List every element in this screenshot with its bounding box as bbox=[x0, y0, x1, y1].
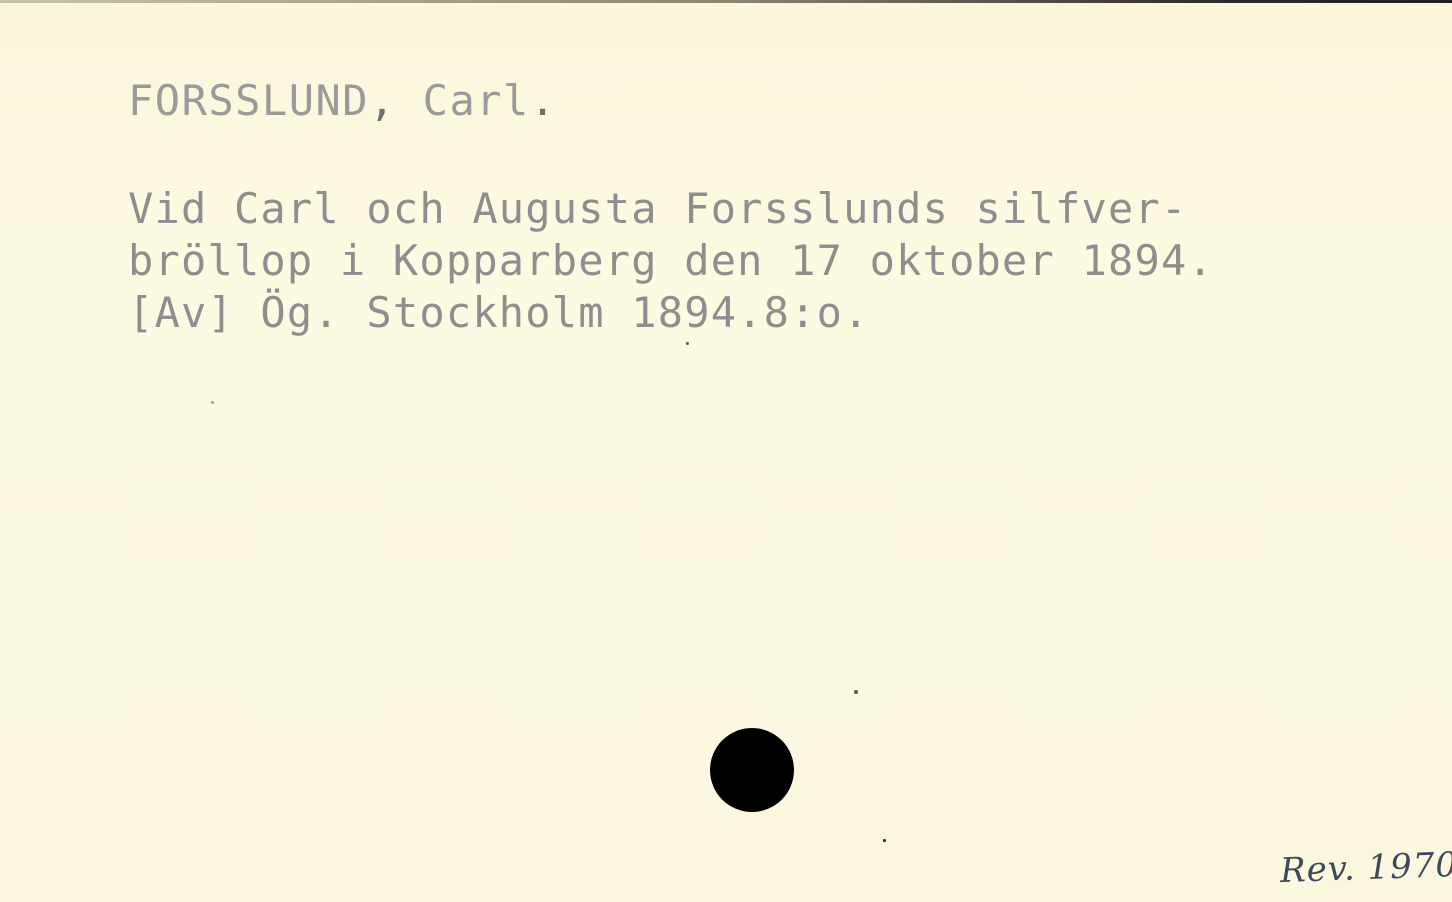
ink-speck bbox=[854, 690, 858, 694]
catalog-card: FORSSLUND, Carl. Vid Carl och Augusta Fo… bbox=[0, 0, 1452, 902]
description-line-3: [Av] Ög. Stockholm 1894.8:o. bbox=[128, 292, 870, 334]
description-line-2: bröllop i Kopparberg den 17 oktober 1894… bbox=[128, 240, 1214, 282]
card-top-edge bbox=[0, 0, 1452, 3]
heading-given-name: Carl bbox=[423, 76, 530, 125]
card-heading: FORSSLUND, Carl. bbox=[128, 80, 557, 122]
heading-terminal: . bbox=[530, 76, 557, 125]
heading-separator: , bbox=[369, 76, 423, 125]
ink-speck bbox=[686, 342, 689, 345]
handwritten-revision-note: Rev. 1970 bbox=[1279, 845, 1452, 891]
punch-hole bbox=[710, 728, 794, 812]
description-line-1: Vid Carl och Augusta Forsslunds silfver- bbox=[128, 188, 1187, 230]
ink-speck bbox=[883, 839, 886, 842]
heading-surname: FORSSLUND bbox=[128, 76, 369, 125]
ink-speck bbox=[211, 401, 214, 404]
